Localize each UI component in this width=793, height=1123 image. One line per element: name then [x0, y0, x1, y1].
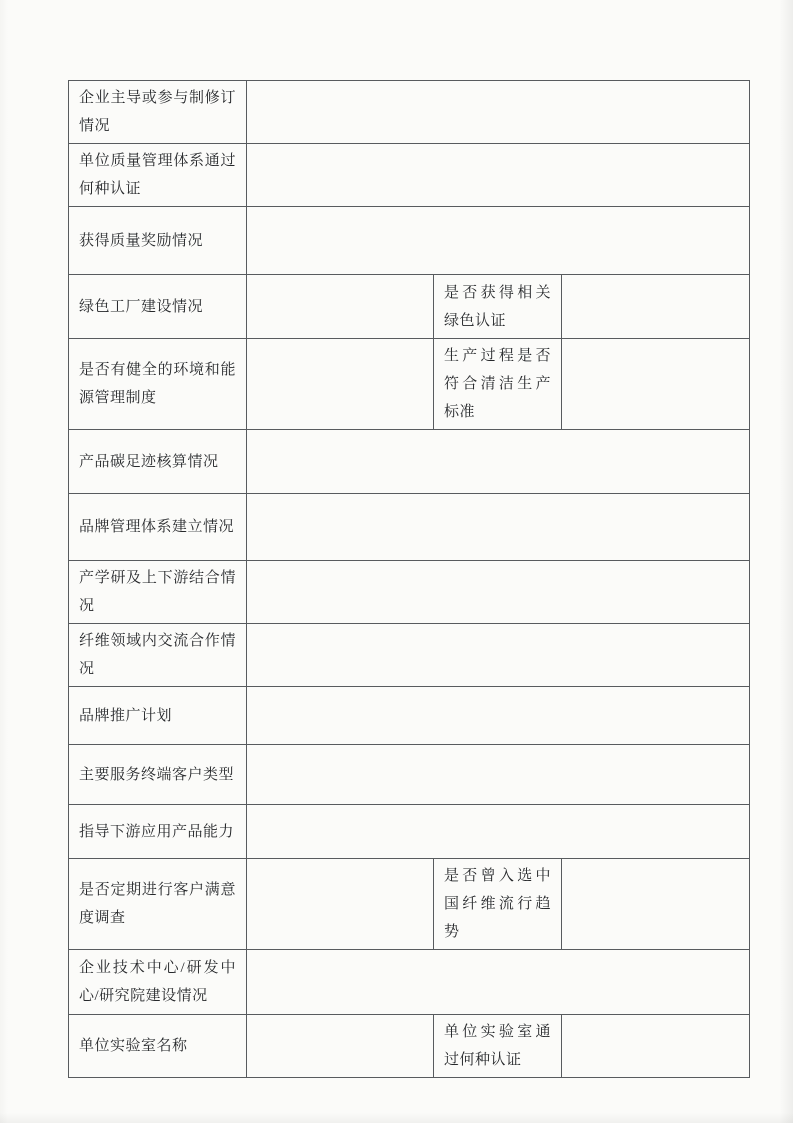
field-label: 绿色工厂建设情况 [69, 275, 247, 339]
table-row: 产学研及上下游结合情况 [69, 561, 750, 624]
table-row: 产品碳足迹核算情况 [69, 430, 750, 494]
field-label: 单位质量管理体系通过何种认证 [69, 144, 247, 207]
field-value-cell-2 [562, 859, 750, 950]
field-value-cell-2 [562, 1015, 750, 1078]
field-label: 企业技术中心/研发中心/研究院建设情况 [69, 950, 247, 1015]
field-label: 产学研及上下游结合情况 [69, 561, 247, 624]
form-table: 企业主导或参与制修订情况单位质量管理体系通过何种认证获得质量奖励情况绿色工厂建设… [68, 80, 750, 1078]
table-row: 纤维领域内交流合作情况 [69, 624, 750, 687]
field-label: 品牌管理体系建立情况 [69, 494, 247, 561]
field-label: 纤维领域内交流合作情况 [69, 624, 247, 687]
field-value-cell [247, 144, 750, 207]
field-label: 获得质量奖励情况 [69, 207, 247, 275]
field-label: 品牌推广计划 [69, 687, 247, 745]
table-row: 品牌推广计划 [69, 687, 750, 745]
field-value-cell [247, 687, 750, 745]
field-value-cell [247, 81, 750, 144]
field-value-cell [247, 745, 750, 805]
field-label: 指导下游应用产品能力 [69, 805, 247, 859]
field-label: 产品碳足迹核算情况 [69, 430, 247, 494]
table-row: 绿色工厂建设情况是否获得相关绿色认证 [69, 275, 750, 339]
field-value-cell [247, 339, 434, 430]
field-value-cell [247, 859, 434, 950]
field-label: 单位实验室名称 [69, 1015, 247, 1078]
field-value-cell [247, 1015, 434, 1078]
field-value-cell [247, 561, 750, 624]
table-row: 是否定期进行客户满意度调查是否曾入选中国纤维流行趋势 [69, 859, 750, 950]
table-row: 指导下游应用产品能力 [69, 805, 750, 859]
field-label-2: 是否获得相关绿色认证 [434, 275, 562, 339]
field-label: 是否有健全的环境和能源管理制度 [69, 339, 247, 430]
table-row: 主要服务终端客户类型 [69, 745, 750, 805]
field-value-cell-2 [562, 275, 750, 339]
field-label-2: 是否曾入选中国纤维流行趋势 [434, 859, 562, 950]
field-value-cell [247, 275, 434, 339]
scanned-form-page: 企业主导或参与制修订情况单位质量管理体系通过何种认证获得质量奖励情况绿色工厂建设… [0, 0, 793, 1123]
field-value-cell [247, 805, 750, 859]
field-value-cell [247, 207, 750, 275]
field-label: 主要服务终端客户类型 [69, 745, 247, 805]
field-label: 是否定期进行客户满意度调查 [69, 859, 247, 950]
field-label: 企业主导或参与制修订情况 [69, 81, 247, 144]
field-value-cell [247, 430, 750, 494]
form-table-body: 企业主导或参与制修订情况单位质量管理体系通过何种认证获得质量奖励情况绿色工厂建设… [69, 81, 750, 1078]
table-row: 单位质量管理体系通过何种认证 [69, 144, 750, 207]
table-row: 企业主导或参与制修订情况 [69, 81, 750, 144]
field-value-cell-2 [562, 339, 750, 430]
table-row: 企业技术中心/研发中心/研究院建设情况 [69, 950, 750, 1015]
table-row: 品牌管理体系建立情况 [69, 494, 750, 561]
field-label-2: 单位实验室通过何种认证 [434, 1015, 562, 1078]
field-value-cell [247, 624, 750, 687]
field-value-cell [247, 950, 750, 1015]
field-value-cell [247, 494, 750, 561]
field-label-2: 生产过程是否符合清洁生产标准 [434, 339, 562, 430]
table-row: 单位实验室名称单位实验室通过何种认证 [69, 1015, 750, 1078]
table-row: 是否有健全的环境和能源管理制度生产过程是否符合清洁生产标准 [69, 339, 750, 430]
table-row: 获得质量奖励情况 [69, 207, 750, 275]
